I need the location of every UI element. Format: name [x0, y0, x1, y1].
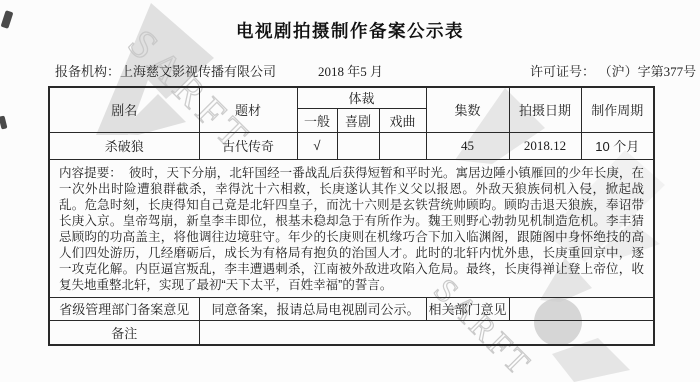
synopsis-text: 彼时，天下分崩，北轩国经一番战乱后获得短暂和平时光。寓居边陲小镇雁回的少年长庚，…: [59, 166, 644, 292]
genre-comedy-cell: [337, 132, 379, 159]
drama-data-row: 杀破狼 古代传奇 √ 45 2018.12 10 个月: [49, 132, 654, 159]
remark-value: [199, 320, 654, 345]
agency-field: 报备机构：上海慈文影视传播有限公司: [55, 61, 276, 80]
page-title: 电视剧拍摄制作备案公示表: [0, 18, 700, 43]
tv-drama-filing-form: SARFT SARFT 电视剧拍摄制作备案公示表 报备机构：上海慈文影视传播有限…: [0, 0, 700, 382]
col-header-genre-comedy: 喜剧: [337, 108, 379, 132]
license-value: （沪）字第377号: [599, 64, 697, 79]
synopsis-label: 内容提要：: [59, 166, 122, 180]
shoot-date-cell: 2018.12: [509, 132, 581, 159]
remark-row: 备注: [49, 320, 654, 345]
col-header-drama-name: 剧名: [49, 87, 199, 132]
genre-general-checkmark: √: [297, 132, 337, 159]
episodes-cell: 45: [426, 132, 509, 159]
col-header-genre: 体裁: [297, 87, 426, 108]
provincial-opinion-label: 省级管理部门备案意见: [49, 297, 199, 320]
opinion-row: 省级管理部门备案意见 同意备案，报请总局电视剧司公示。 相关部门意见: [49, 297, 654, 320]
provincial-opinion-value: 同意备案，报请总局电视剧司公示。: [199, 297, 426, 320]
license-label: 许可证号：: [530, 64, 595, 79]
remark-label: 备注: [49, 320, 199, 345]
col-header-genre-opera: 戏曲: [379, 108, 426, 132]
col-header-production-period: 制作周期: [581, 87, 654, 132]
genre-opera-cell: [379, 132, 426, 159]
col-header-genre-general: 一般: [297, 108, 337, 132]
production-period-cell: 10 个月: [581, 132, 654, 159]
synopsis-cell: 内容提要：彼时，天下分崩，北轩国经一番战乱后获得短暂和平时光。寓居边陲小镇雁回的…: [49, 159, 654, 297]
col-header-shoot-date: 拍摄日期: [509, 87, 581, 132]
col-header-subject: 题材: [199, 87, 297, 132]
agency-label: 报备机构：: [55, 64, 120, 79]
scan-artifact-speck: [0, 115, 7, 129]
drama-name-cell: 杀破狼: [49, 132, 199, 159]
synopsis-row: 内容提要：彼时，天下分崩，北轩国经一番战乱后获得短暂和平时光。寓居边陲小镇雁回的…: [49, 159, 654, 297]
registration-table: 剧名 题材 体裁 集数 拍摄日期 制作周期 一般 喜剧 戏曲 杀破狼 古代传奇 …: [48, 86, 655, 346]
related-opinion-value: [509, 297, 654, 320]
license-field: 许可证号： （沪）字第377号: [530, 61, 696, 80]
col-header-episodes: 集数: [426, 87, 509, 132]
related-opinion-label: 相关部门意见: [426, 297, 509, 320]
table-header-row: 剧名 题材 体裁 集数 拍摄日期 制作周期: [49, 87, 654, 108]
filing-date: 2018 年5 月: [318, 61, 383, 80]
subject-cell: 古代传奇: [199, 132, 297, 159]
agency-value: 上海慈文影视传播有限公司: [120, 64, 276, 79]
